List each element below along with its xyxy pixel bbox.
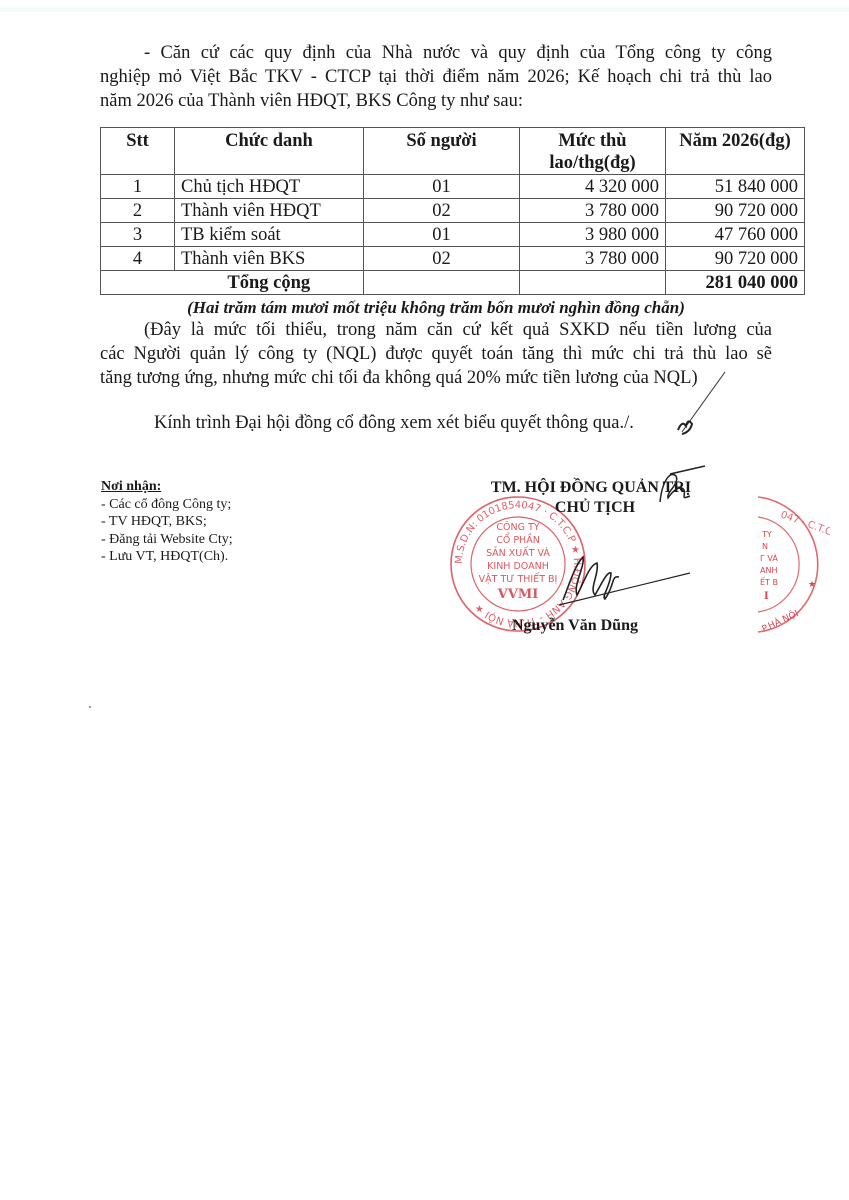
recipient-item: - TV HĐQT, BKS; bbox=[101, 513, 233, 531]
scan-top-edge bbox=[0, 8, 849, 12]
cell-title: Thành viên BKS bbox=[175, 247, 364, 271]
recipient-item: - Các cổ đông Công ty; bbox=[101, 496, 233, 514]
svg-text:SẢN XUẤT VÀ: SẢN XUẤT VÀ bbox=[486, 547, 550, 559]
table-row: 3TB kiểm soát013 980 00047 760 000 bbox=[101, 223, 805, 247]
total-stt-empty bbox=[101, 271, 175, 295]
cell-year: 90 720 000 bbox=[666, 199, 805, 223]
signature-on-behalf: TM. HỘI ĐỒNG QUẢN TRỊ bbox=[462, 478, 720, 498]
recipients-block: Nơi nhận: - Các cổ đông Công ty;- TV HĐQ… bbox=[101, 478, 233, 566]
svg-text:Г VÀ: Г VÀ bbox=[760, 552, 778, 563]
recipient-item: - Đăng tải Website Cty; bbox=[101, 531, 233, 549]
note-line-3: tăng tương ứng, nhưng mức chi tối đa khô… bbox=[100, 366, 772, 390]
svg-text:P.HÀ NỘI: P.HÀ NỘI bbox=[760, 607, 801, 634]
recipients-heading: Nơi nhận: bbox=[101, 478, 233, 496]
remuneration-table: Stt Chức danh Số người Mức thù lao/thg(đ… bbox=[100, 127, 805, 295]
header-count: Số người bbox=[364, 128, 520, 175]
table-row: 1Chủ tịch HĐQT014 320 00051 840 000 bbox=[101, 175, 805, 199]
signature-block: TM. HỘI ĐỒNG QUẢN TRỊ CHỦ TỊCH bbox=[470, 478, 720, 518]
total-count-empty bbox=[364, 271, 520, 295]
intro-line-2: nghiệp mỏ Việt Bắc TKV - CTCP tại thời đ… bbox=[100, 65, 772, 89]
header-stt: Stt bbox=[101, 128, 175, 175]
intro-line-3: năm 2026 của Thành viên HĐQT, BKS Công t… bbox=[100, 89, 772, 113]
cell-title: TB kiểm soát bbox=[175, 223, 364, 247]
svg-text:047 · C.T.C.P: 047 · C.T.C.P bbox=[779, 509, 830, 541]
intro-line-1: - Căn cứ các quy định của Nhà nước và qu… bbox=[100, 41, 772, 65]
header-rate: Mức thù lao/thg(đg) bbox=[520, 128, 666, 175]
total-year: 281 040 000 bbox=[666, 271, 805, 295]
table-total-row: Tổng cộng281 040 000 bbox=[101, 271, 805, 295]
svg-text:N: N bbox=[762, 542, 768, 551]
cell-year: 90 720 000 bbox=[666, 247, 805, 271]
cell-rate: 4 320 000 bbox=[520, 175, 666, 199]
cell-rate: 3 780 000 bbox=[520, 199, 666, 223]
svg-text:VẬT TƯ THIẾT BỊ: VẬT TƯ THIẾT BỊ bbox=[479, 573, 558, 585]
cell-count: 01 bbox=[364, 223, 520, 247]
svg-text:CÔNG TY: CÔNG TY bbox=[496, 521, 539, 533]
note-line-1: (Đây là mức tối thiểu, trong năm căn cứ … bbox=[100, 318, 772, 342]
cell-count: 02 bbox=[364, 199, 520, 223]
scan-speck bbox=[89, 706, 91, 708]
cell-stt: 4 bbox=[101, 247, 175, 271]
cell-stt: 2 bbox=[101, 199, 175, 223]
cell-count: 02 bbox=[364, 247, 520, 271]
signature-position: CHỦ TỊCH bbox=[470, 498, 720, 518]
svg-text:M.S.D.N: 0101854047 · C.T.C.P: M.S.D.N: 0101854047 · C.T.C.P ★ H.ĐÔNG A… bbox=[454, 500, 583, 630]
cell-count: 01 bbox=[364, 175, 520, 199]
header-year: Năm 2026(đg) bbox=[666, 128, 805, 175]
recipient-item: - Lưu VT, HĐQT(Ch). bbox=[101, 548, 233, 566]
handwritten-signature-icon bbox=[555, 545, 695, 615]
cell-year: 51 840 000 bbox=[666, 175, 805, 199]
svg-text:I: I bbox=[764, 591, 769, 602]
cell-stt: 1 bbox=[101, 175, 175, 199]
svg-text:ẾT B: ẾT B bbox=[760, 576, 778, 587]
header-title: Chức danh bbox=[175, 128, 364, 175]
svg-text:VVMI: VVMI bbox=[497, 587, 539, 602]
cell-year: 47 760 000 bbox=[666, 223, 805, 247]
total-rate-empty bbox=[520, 271, 666, 295]
svg-text:ANH: ANH bbox=[760, 566, 777, 575]
cell-rate: 3 780 000 bbox=[520, 247, 666, 271]
note-line-2: các Người quản lý công ty (NQL) được quy… bbox=[100, 342, 772, 366]
cell-title: Thành viên HĐQT bbox=[175, 199, 364, 223]
table-header-row: Stt Chức danh Số người Mức thù lao/thg(đ… bbox=[101, 128, 805, 175]
total-label: Tổng cộng bbox=[175, 271, 364, 295]
svg-text:TY: TY bbox=[761, 530, 772, 539]
cell-stt: 3 bbox=[101, 223, 175, 247]
signer-name: Nguyễn Văn Dũng bbox=[512, 617, 638, 635]
company-stamp-partial-icon: 047 · C.T.C.P TY N Г VÀ ANH ẾT B I ★ P.H… bbox=[750, 492, 830, 637]
intro-paragraph: - Căn cứ các quy định của Nhà nước và qu… bbox=[100, 41, 772, 113]
svg-text:KINH DOANH: KINH DOANH bbox=[487, 561, 549, 572]
closing-statement: Kính trình Đại hội đồng cổ đông xem xét … bbox=[154, 411, 634, 435]
note-paragraph: (Đây là mức tối thiểu, trong năm căn cứ … bbox=[100, 318, 772, 390]
svg-text:★: ★ bbox=[808, 580, 816, 590]
table-row: 2Thành viên HĐQT023 780 00090 720 000 bbox=[101, 199, 805, 223]
cell-rate: 3 980 000 bbox=[520, 223, 666, 247]
amount-in-words: (Hai trăm tám mươi mốt triệu không trăm … bbox=[100, 297, 772, 319]
svg-text:CỔ PHẦN: CỔ PHẦN bbox=[496, 533, 540, 546]
cell-title: Chủ tịch HĐQT bbox=[175, 175, 364, 199]
table-row: 4Thành viên BKS023 780 00090 720 000 bbox=[101, 247, 805, 271]
